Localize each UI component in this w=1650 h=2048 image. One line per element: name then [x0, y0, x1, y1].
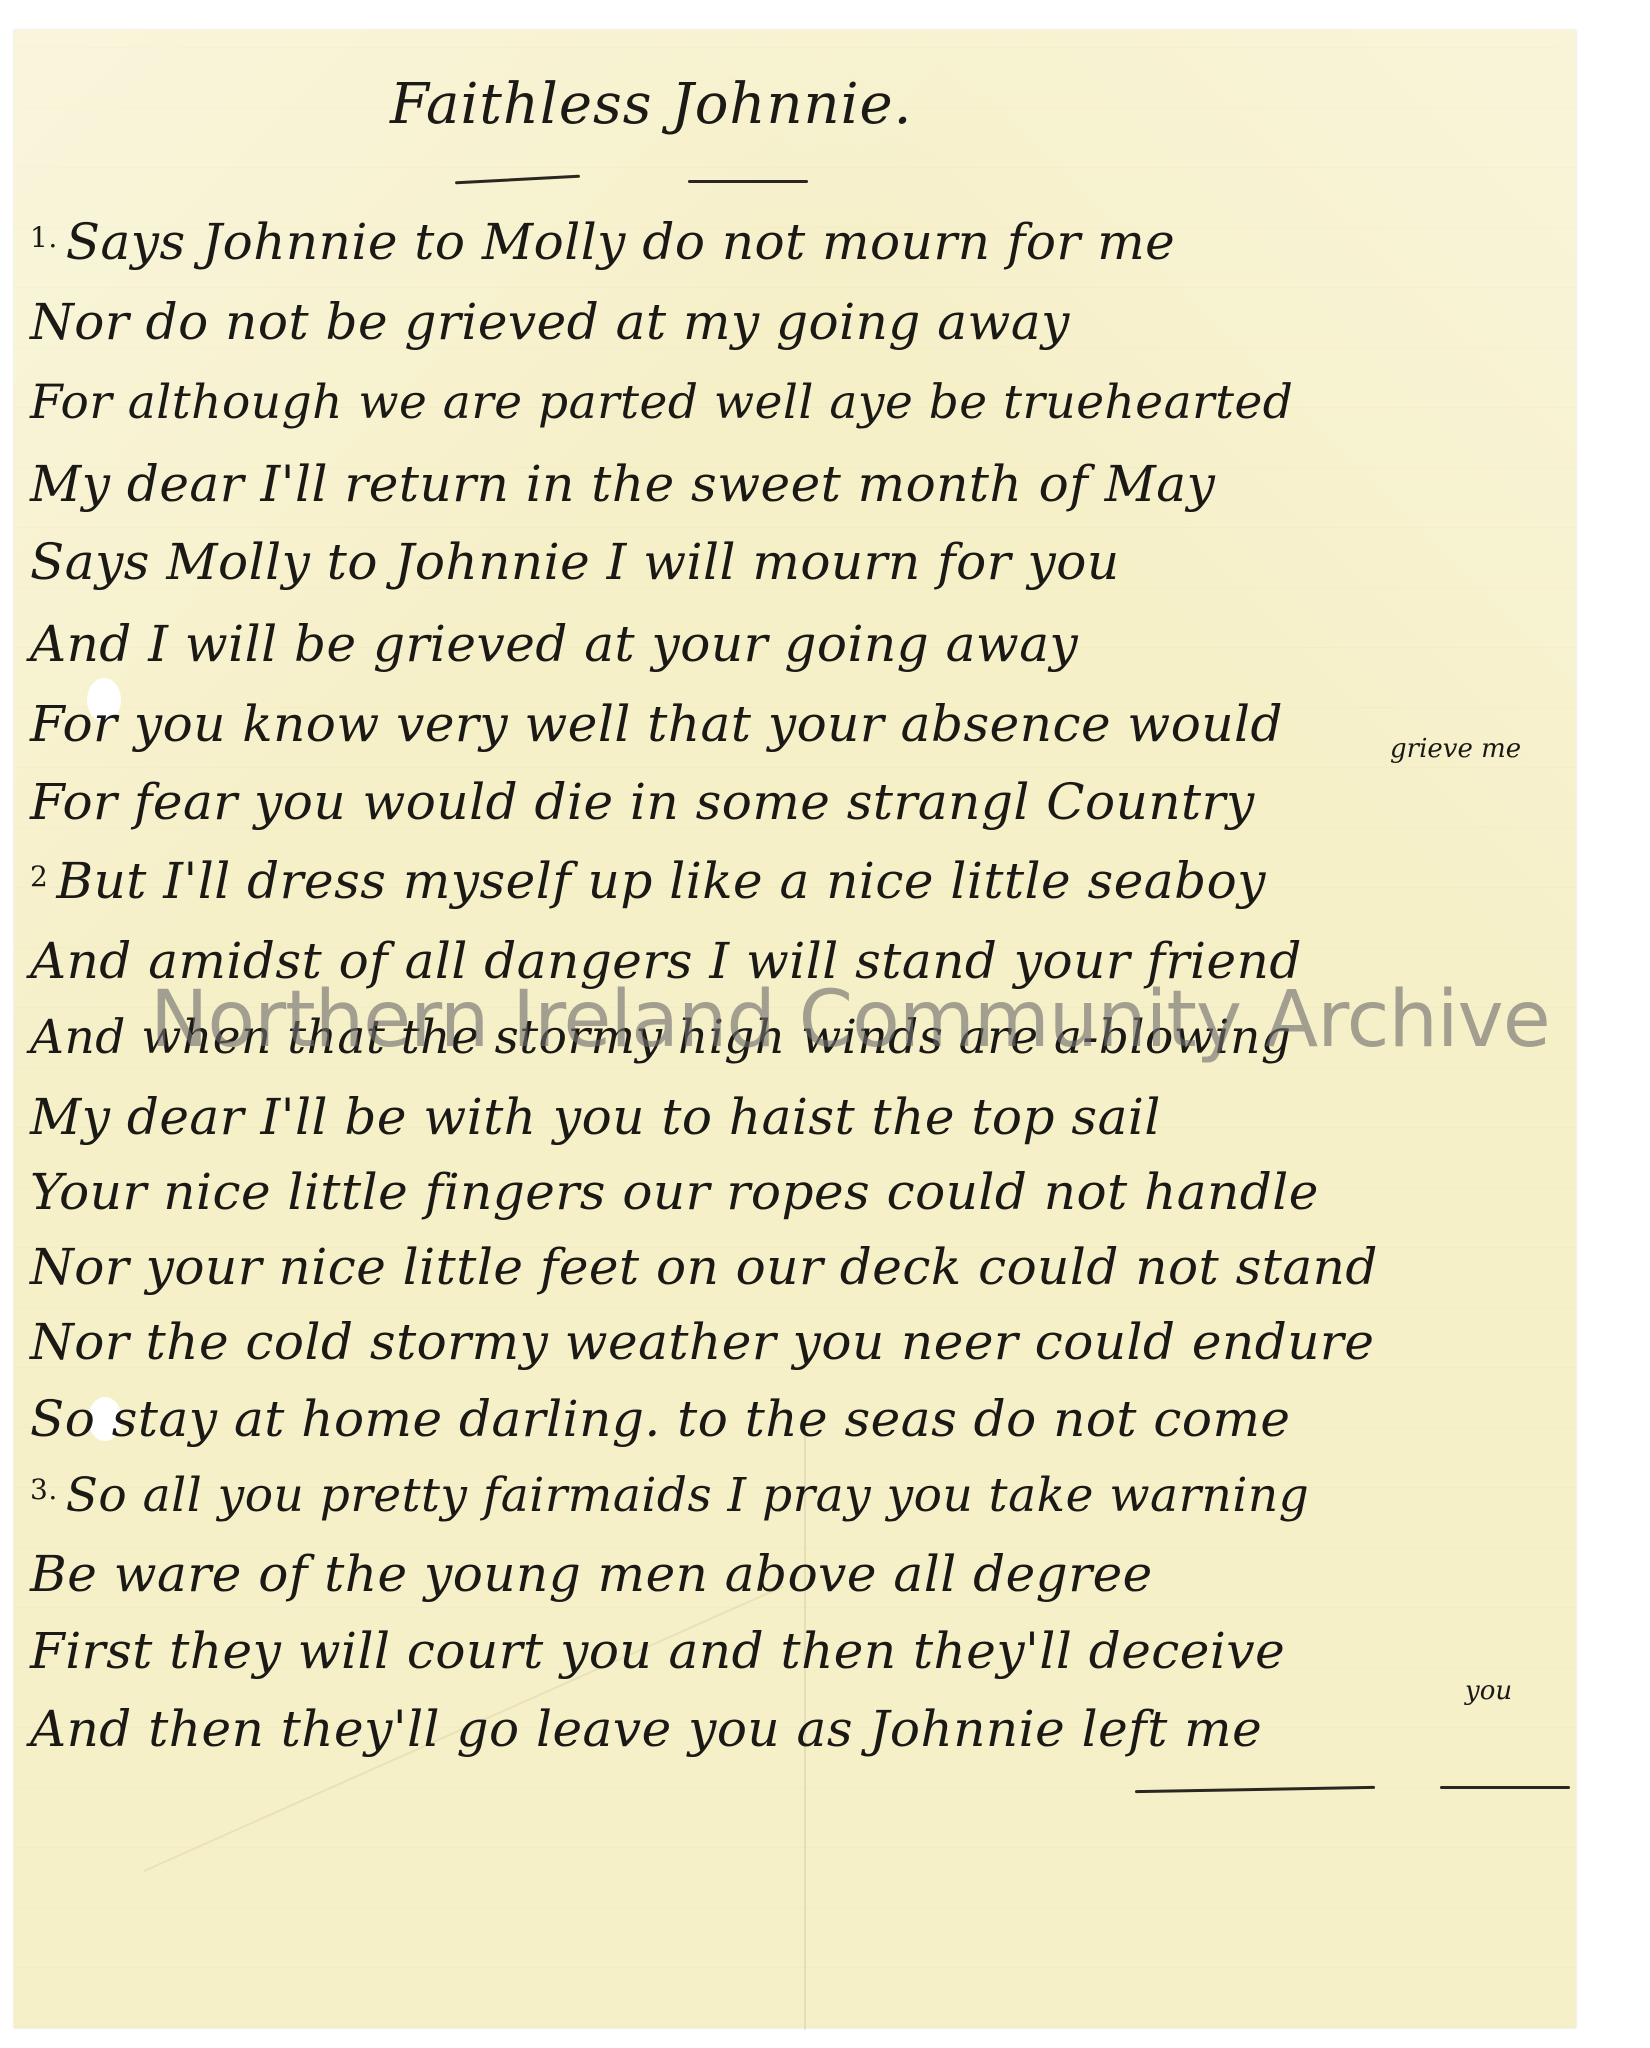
verse-number: 2: [30, 860, 48, 893]
verse-line: Be ware of the young men above all degre…: [30, 1545, 1153, 1603]
verse-line: And when that the stormy high winds are …: [30, 1010, 1291, 1065]
verse-line: Your nice little fingers our ropes could…: [30, 1163, 1319, 1221]
title-underline: [688, 180, 808, 183]
verse-number: 3.: [30, 1473, 58, 1506]
verse-line: Nor the cold stormy weather you neer cou…: [30, 1313, 1374, 1371]
interlinear-insertion: you: [1465, 1676, 1512, 1706]
verse-line: 1.Says Johnnie to Molly do not mourn for…: [30, 213, 1175, 271]
verse-line: My dear I'll be with you to haist the to…: [30, 1088, 1161, 1146]
verse-line: And I will be grieved at your going away: [30, 615, 1078, 673]
verse-line: And then they'll go leave you as Johnnie…: [30, 1700, 1262, 1758]
verse-line: First they will court you and then they'…: [30, 1622, 1285, 1680]
verse-line: For although we are parted well aye be t…: [30, 375, 1293, 430]
verse-line: 3.So all you pretty fairmaids I pray you…: [30, 1468, 1309, 1523]
verse-line: For you know very well that your absence…: [30, 695, 1283, 753]
verse-line: Says Molly to Johnnie I will mourn for y…: [30, 533, 1120, 591]
verse-line: So stay at home darling. to the seas do …: [30, 1390, 1291, 1448]
closing-underline: [1440, 1786, 1570, 1789]
interlinear-insertion: grieve me: [1390, 734, 1521, 764]
verse-number: 1.: [30, 221, 58, 254]
verse-line: And amidst of all dangers I will stand y…: [30, 932, 1302, 990]
verse-line: Nor do not be grieved at my going away: [30, 293, 1070, 351]
song-title: Faithless Johnnie.: [390, 72, 912, 137]
verse-line: My dear I'll return in the sweet month o…: [30, 455, 1215, 513]
verse-line: For fear you would die in some strangl C…: [30, 773, 1255, 831]
verse-line: 2But I'll dress myself up like a nice li…: [30, 852, 1266, 910]
verse-line: Nor your nice little feet on our deck co…: [30, 1238, 1378, 1296]
